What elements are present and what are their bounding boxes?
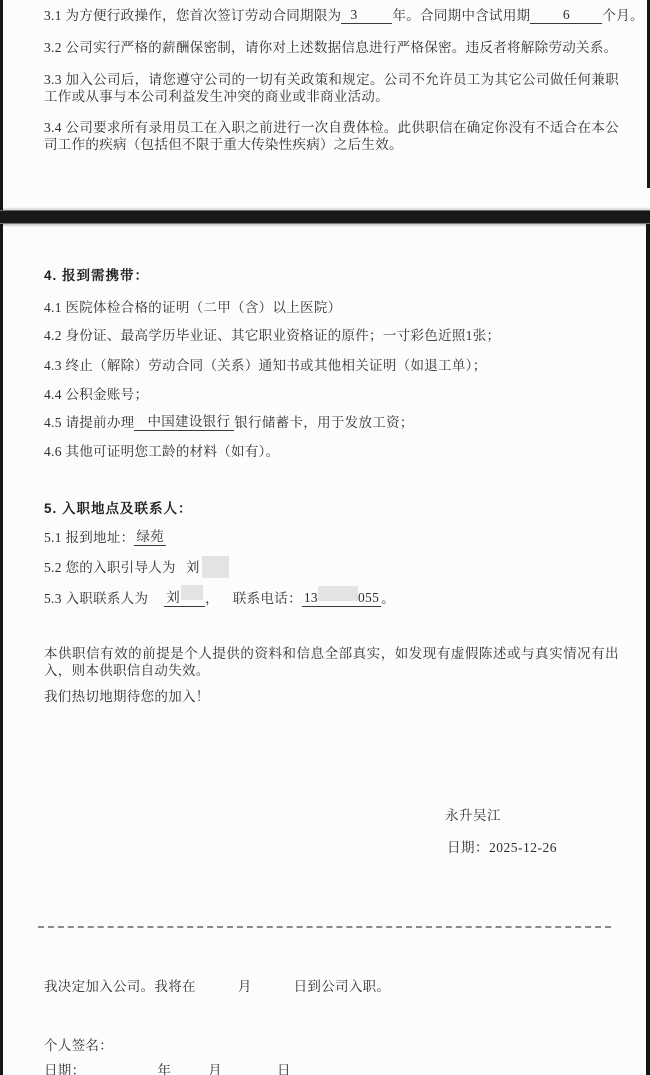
section-5-title: 5. 入职地点及联系人： [44, 500, 619, 517]
redaction-box-guide-name [202, 556, 229, 578]
acceptance-day: 日 [277, 1063, 291, 1075]
clause-3-3: 3.3 加入公司后，请您遵守公司的一切有关政策和规定。公司不允许员工为其它公司做… [44, 71, 619, 105]
item-5-1-label: 5.1 报到地址： [44, 530, 134, 545]
bank-name-blank: 中国建设银行 [134, 414, 234, 431]
signer-company-name: 永升吴江 [445, 804, 501, 824]
welcome-line: 我们热切地期待您的加入！ [44, 688, 619, 705]
acceptance-year: 年 [157, 1063, 171, 1075]
probation-months-blank: 6 [530, 7, 602, 24]
clause-3-1: 3.1 为方便行政操作，您首次签订劳动合同期限为3年。合同期中含试用期6个月。 [44, 7, 619, 24]
clause-3-1-suffix: 个月。 [602, 8, 643, 23]
signature-date-label: 日期： [447, 840, 489, 855]
report-address-blank: 绿苑 [134, 529, 166, 546]
phone-number-blank: 13055 [302, 586, 381, 607]
report-address-value: 绿苑 [136, 529, 164, 544]
contact-name-blank: 刘 [164, 585, 205, 607]
acceptance-post: 日到公司入职。 [294, 979, 391, 994]
signature-date-value: 2025-12-26 [489, 840, 557, 855]
phone-prefix: 13 [304, 590, 318, 605]
contact-name-value: 刘 [166, 590, 180, 605]
item-5-2-label: 5.2 您的入职引导人为 [44, 560, 176, 575]
acceptance-pre: 我决定加入公司。我将在 [44, 979, 196, 994]
cut-dashed-line [38, 926, 611, 928]
phone-suffix: 055 [358, 590, 379, 605]
item-5-1: 5.1 报到地址：绿苑 [44, 529, 619, 546]
redaction-box-phone [318, 586, 358, 601]
item-4-3: 4.3 终止（解除）劳动合同（关系）通知书或其他相关证明（如退工单）； [44, 357, 619, 374]
personal-signature-label: 个人签名： [44, 1037, 619, 1054]
clause-3-1-mid: 年。合同期中含试用期 [392, 8, 530, 23]
item-4-6: 4.6 其他可证明您工龄的材料（如有）。 [44, 443, 619, 460]
section-4-title: 4. 报到需携带： [44, 267, 619, 284]
item-5-3-period: 。 [381, 591, 395, 606]
acceptance-month2: 月 [208, 1063, 222, 1075]
item-4-5-suffix: 银行储蓄卡，用于发放工资； [234, 415, 413, 430]
phone-label: 联系电话： [233, 591, 302, 606]
guide-name-value: 刘 [186, 560, 200, 575]
item-4-2: 4.2 身份证、最高学历毕业证、其它职业资格证的原件；一寸彩色近照1张； [44, 327, 619, 344]
acceptance-line: 我决定加入公司。我将在月日到公司入职。 [44, 978, 619, 995]
signature-date-line: 日期：2025-12-26 [447, 836, 557, 856]
scan-edge-right-bottom [646, 222, 650, 1075]
item-5-3-label: 5.3 入职联系人为 [44, 591, 148, 606]
acceptance-date-label: 日期： [44, 1063, 85, 1075]
clause-3-2: 3.2 公司实行严格的薪酬保密制，请你对上述数据信息进行严格保密。违反者将解除劳… [44, 39, 619, 56]
contract-years-blank: 3 [341, 7, 392, 24]
bank-name-value: 中国建设银行 [147, 414, 230, 429]
item-4-4: 4.4 公积金账号； [44, 386, 619, 403]
item-4-1: 4.1 医院体检合格的证明（二甲（含）以上医院） [44, 299, 619, 316]
clause-3-4: 3.4 公司要求所有录用员工在入职之前进行一次自费体检。此供职信在确定你没有不适… [44, 119, 619, 153]
page-break-band [0, 210, 650, 224]
item-4-5-prefix: 4.5 请提前办理 [44, 415, 134, 430]
acceptance-month: 月 [238, 979, 252, 994]
item-5-3-comma: ， [205, 591, 219, 606]
probation-months-value: 6 [563, 7, 570, 22]
item-5-3: 5.3 入职联系人为刘，联系电话：13055。 [44, 585, 619, 607]
validity-paragraph: 本供职信有效的前提是个人提供的资料和信息全部真实，如发现有虚假陈述或与真实情况有… [44, 645, 619, 679]
item-5-2: 5.2 您的入职引导人为刘 [44, 556, 619, 578]
contract-years-value: 3 [350, 7, 357, 22]
item-4-5: 4.5 请提前办理中国建设银行银行储蓄卡，用于发放工资； [44, 414, 619, 431]
acceptance-date-line: 日期：年月日 [44, 1062, 619, 1075]
redaction-box-contact-name [181, 585, 203, 600]
clause-3-1-prefix: 3.1 为方便行政操作，您首次签订劳动合同期限为 [44, 8, 341, 23]
scan-edge-left [0, 0, 3, 1075]
